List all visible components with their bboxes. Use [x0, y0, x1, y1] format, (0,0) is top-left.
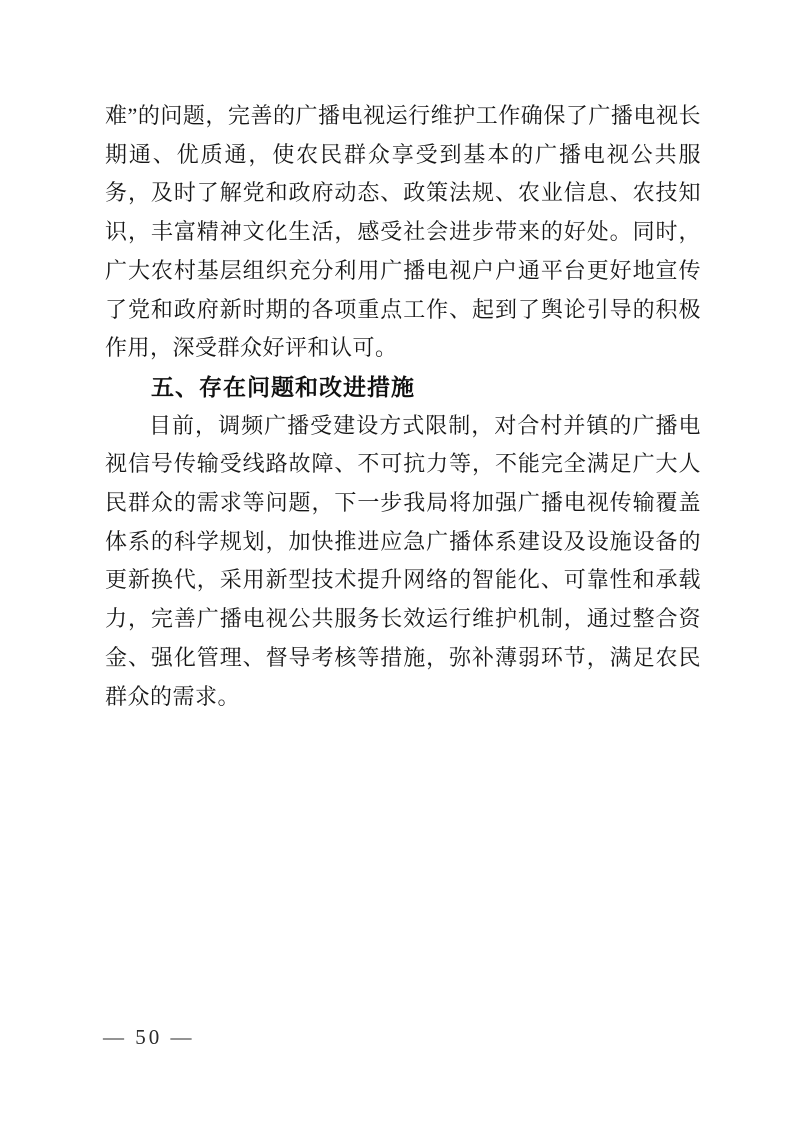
document-page: 难”的问题，完善的广播电视运行维护工作确保了广播电视长期通、优质通，使农民群众享… [0, 0, 793, 1122]
document-body: 难”的问题，完善的广播电视运行维护工作确保了广播电视长期通、优质通，使农民群众享… [105, 97, 701, 716]
page-number: — 50 — [103, 1025, 195, 1049]
paragraph-main: 目前，调频广播受建设方式限制，对合村并镇的广播电视信号传输受线路故障、不可抗力等… [105, 407, 701, 717]
section-heading: 五、存在问题和改进措施 [105, 368, 701, 407]
page-footer: — 50 — [103, 1025, 195, 1050]
paragraph-continuation: 难”的问题，完善的广播电视运行维护工作确保了广播电视长期通、优质通，使农民群众享… [105, 97, 701, 368]
